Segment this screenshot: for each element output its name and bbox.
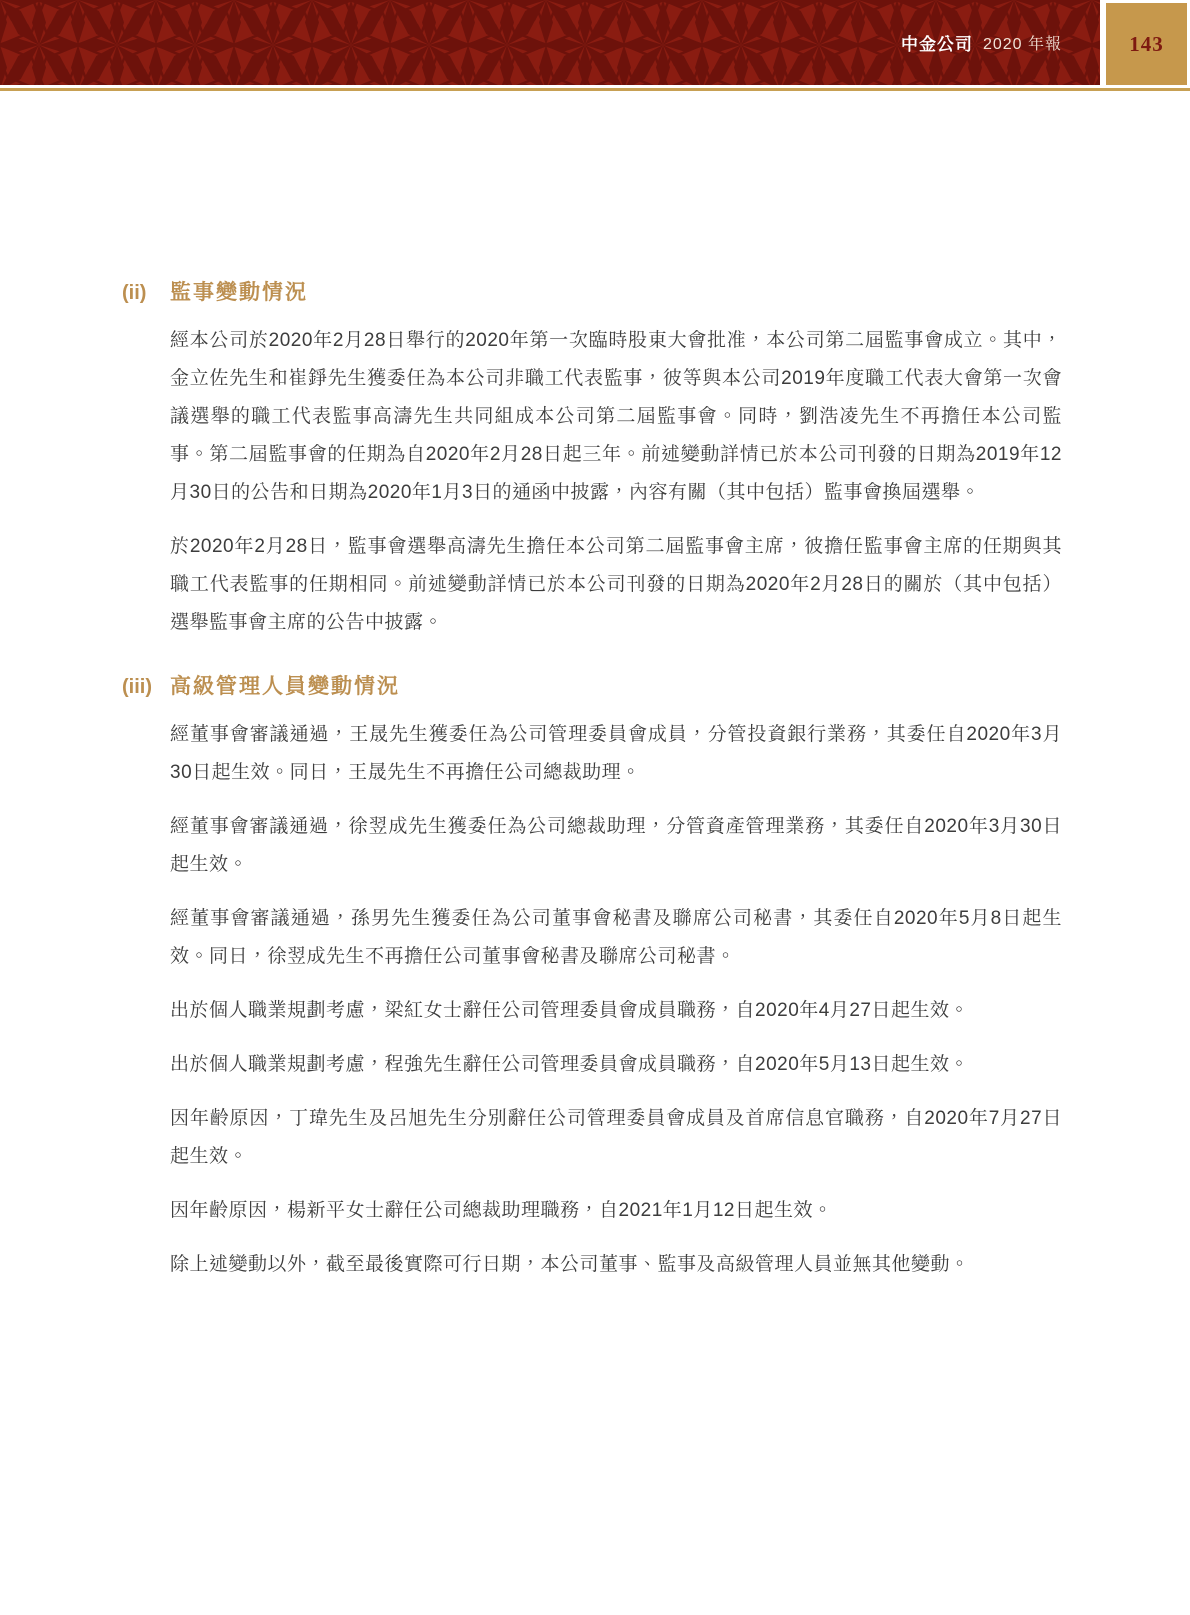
section-label: (ii) bbox=[122, 278, 170, 322]
paragraph: 經董事會審議通過，孫男先生獲委任為公司董事會秘書及聯席公司秘書，其委任自2020… bbox=[170, 900, 1062, 976]
page-number-badge: 143 bbox=[1106, 3, 1187, 85]
header-band: 中金公司 2020 年報 bbox=[0, 0, 1100, 85]
header-band-text: 中金公司 2020 年報 bbox=[901, 0, 1062, 85]
paragraph: 出於個人職業規劃考慮，程強先生辭任公司管理委員會成員職務，自2020年5月13日… bbox=[170, 1046, 1062, 1084]
section-title: 監事變動情況 bbox=[170, 278, 1062, 308]
section-paragraphs: 經董事會審議通過，王晟先生獲委任為公司管理委員會成員，分管投資銀行業務，其委任自… bbox=[170, 716, 1062, 1300]
company-name: 中金公司 bbox=[901, 30, 973, 55]
paragraph: 出於個人職業規劃考慮，梁紅女士辭任公司管理委員會成員職務，自2020年4月27日… bbox=[170, 992, 1062, 1030]
section-senior-management-changes: (iii) 高級管理人員變動情況 經董事會審議通過，王晟先生獲委任為公司管理委員… bbox=[122, 672, 1062, 1300]
section-paragraphs: 經本公司於2020年2月28日舉行的2020年第一次臨時股東大會批准，本公司第二… bbox=[170, 322, 1062, 658]
paragraph: 於2020年2月28日，監事會選舉高濤先生擔任本公司第二屆監事會主席，彼擔任監事… bbox=[170, 528, 1062, 642]
header-rule bbox=[0, 88, 1190, 91]
paragraph: 經董事會審議通過，徐翌成先生獲委任為公司總裁助理，分管資產管理業務，其委任自20… bbox=[170, 808, 1062, 884]
paragraph: 經董事會審議通過，王晟先生獲委任為公司管理委員會成員，分管投資銀行業務，其委任自… bbox=[170, 716, 1062, 792]
report-year-label: 2020 年報 bbox=[983, 31, 1062, 54]
document-body: (ii) 監事變動情況 經本公司於2020年2月28日舉行的2020年第一次臨時… bbox=[0, 278, 1190, 1300]
paragraph: 經本公司於2020年2月28日舉行的2020年第一次臨時股東大會批准，本公司第二… bbox=[170, 322, 1062, 512]
section-title: 高級管理人員變動情況 bbox=[170, 672, 1062, 702]
page-number: 143 bbox=[1129, 32, 1164, 57]
paragraph: 因年齡原因，丁瑋先生及呂旭先生分別辭任公司管理委員會成員及首席信息官職務，自20… bbox=[170, 1100, 1062, 1176]
page: 中金公司 2020 年報 143 (ii) 監事變動情況 經本公司於2020年2… bbox=[0, 0, 1190, 1615]
paragraph: 因年齡原因，楊新平女士辭任公司總裁助理職務，自2021年1月12日起生效。 bbox=[170, 1192, 1062, 1230]
paragraph: 除上述變動以外，截至最後實際可行日期，本公司董事、監事及高級管理人員並無其他變動… bbox=[170, 1246, 1062, 1284]
section-supervisor-changes: (ii) 監事變動情況 經本公司於2020年2月28日舉行的2020年第一次臨時… bbox=[122, 278, 1062, 658]
section-label: (iii) bbox=[122, 672, 170, 716]
